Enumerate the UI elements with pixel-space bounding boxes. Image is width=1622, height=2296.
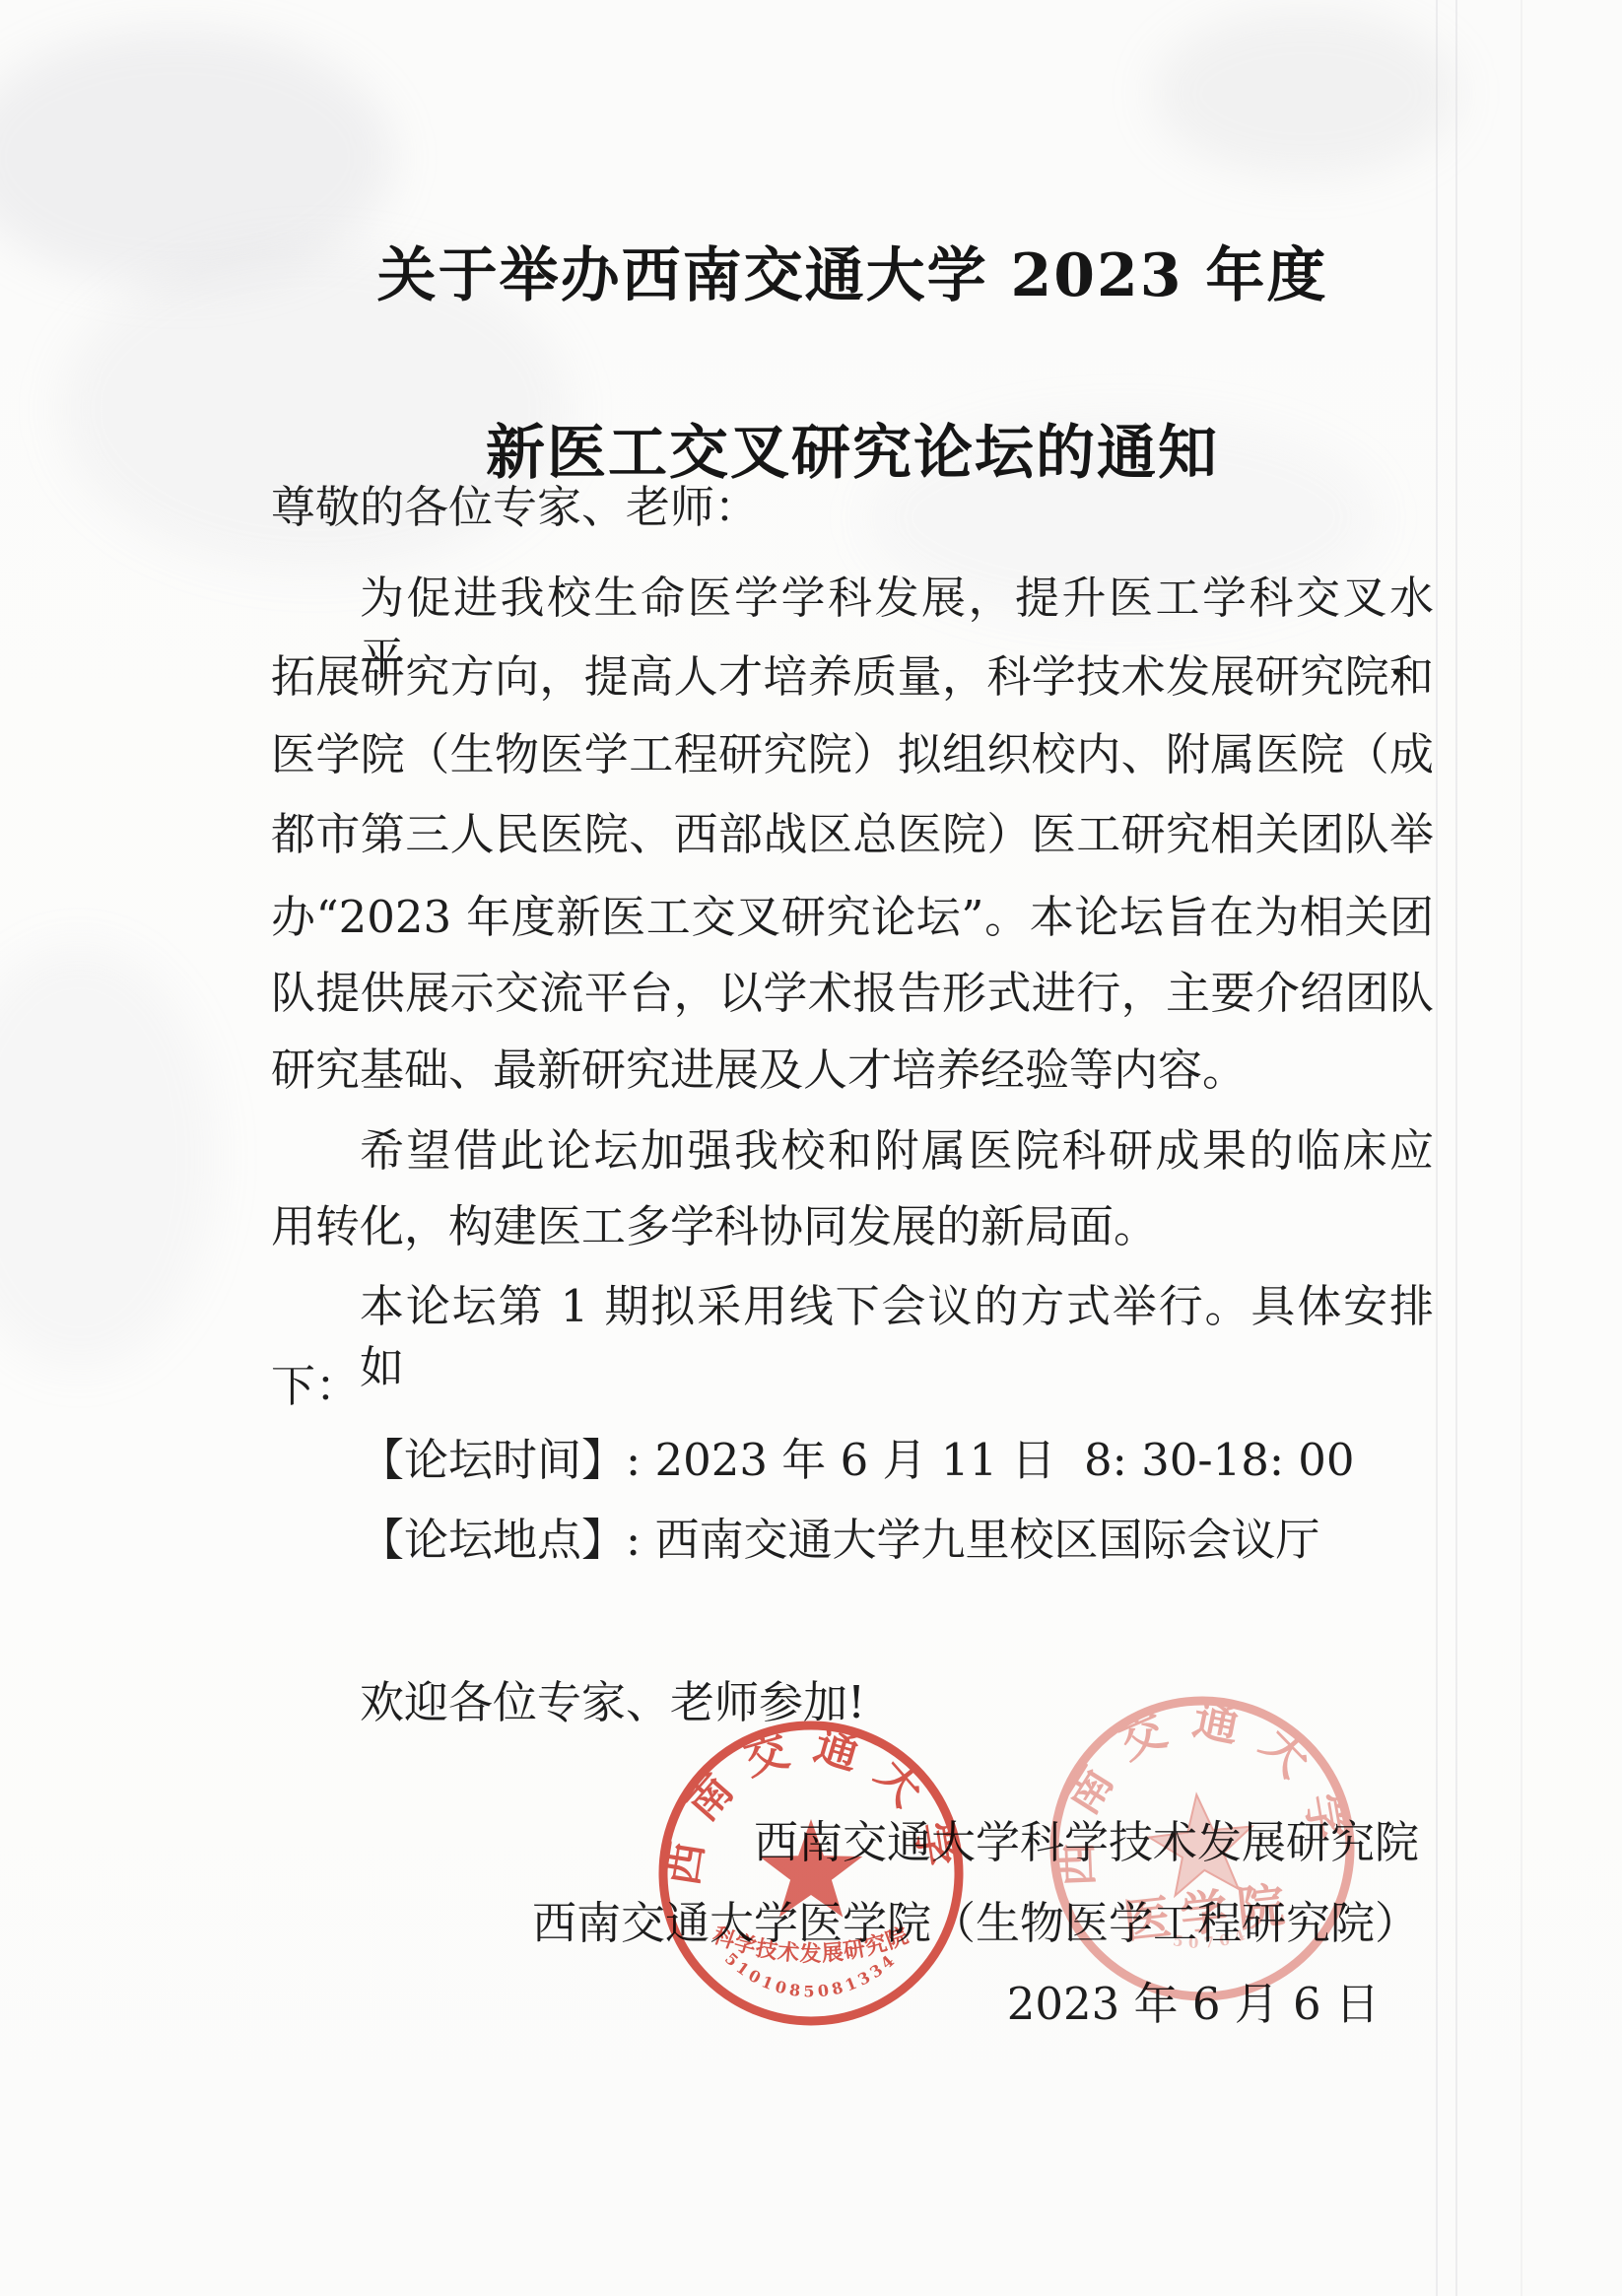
welcome-line: 欢迎各位专家、老师参加! [271,1672,1522,1733]
body-line: 都市第三人民医院、西部战区总医院）医工研究相关团队举 [271,804,1434,865]
signature-date: 2023 年 6 月 6 日 [1007,1975,1380,2034]
scan-line-artifact [1521,0,1522,2296]
document-content: 关于举办西南交通大学 2023 年度 新医工交叉研究论坛的通知 尊敬的各位专家、… [271,0,1434,2296]
body-line: 办“2023 年度新医工交叉研究论坛”。本论坛旨在为相关团 [271,887,1434,948]
body-line: 队提供展示交流平台，以学术报告形式进行，主要介绍团队 [271,963,1434,1024]
forum-time-line: 【论坛时间】: 2023 年 6 月 11 日 8: 30-18: 00 [271,1430,1522,1491]
salutation: 尊敬的各位专家、老师： [271,477,1434,538]
body-line: 研究基础、最新研究进展及人才培养经验等内容。 [271,1040,1434,1101]
body-line: 拓展研究方向，提高人才培养质量，科学技术发展研究院和 [271,646,1434,708]
scan-noise-blob [0,946,217,1370]
scan-line-artifact [1455,0,1457,2296]
forum-location-line: 【论坛地点】: 西南交通大学九里校区国际会议厅 [271,1510,1522,1571]
scan-line-artifact [1436,0,1438,2296]
body-line: 医学院（生物医学工程研究院）拟组织校内、附属医院（成 [271,724,1434,785]
body-line: 下： [271,1356,1434,1417]
body-line: 希望借此论坛加强我校和附属医院科研成果的临床应 [271,1120,1434,1182]
notice-title-line-1: 关于举办西南交通大学 2023 年度 [271,241,1434,310]
signature-org-1: 西南交通大学科学技术发展研究院 [754,1813,1419,1872]
signature-org-2: 西南交通大学医学院（生物医学工程研究院） [532,1894,1419,1953]
body-line: 用转化，构建医工多学科协同发展的新局面。 [271,1196,1434,1257]
scanned-notice-page: 关于举办西南交通大学 2023 年度 新医工交叉研究论坛的通知 尊敬的各位专家、… [0,0,1622,2296]
